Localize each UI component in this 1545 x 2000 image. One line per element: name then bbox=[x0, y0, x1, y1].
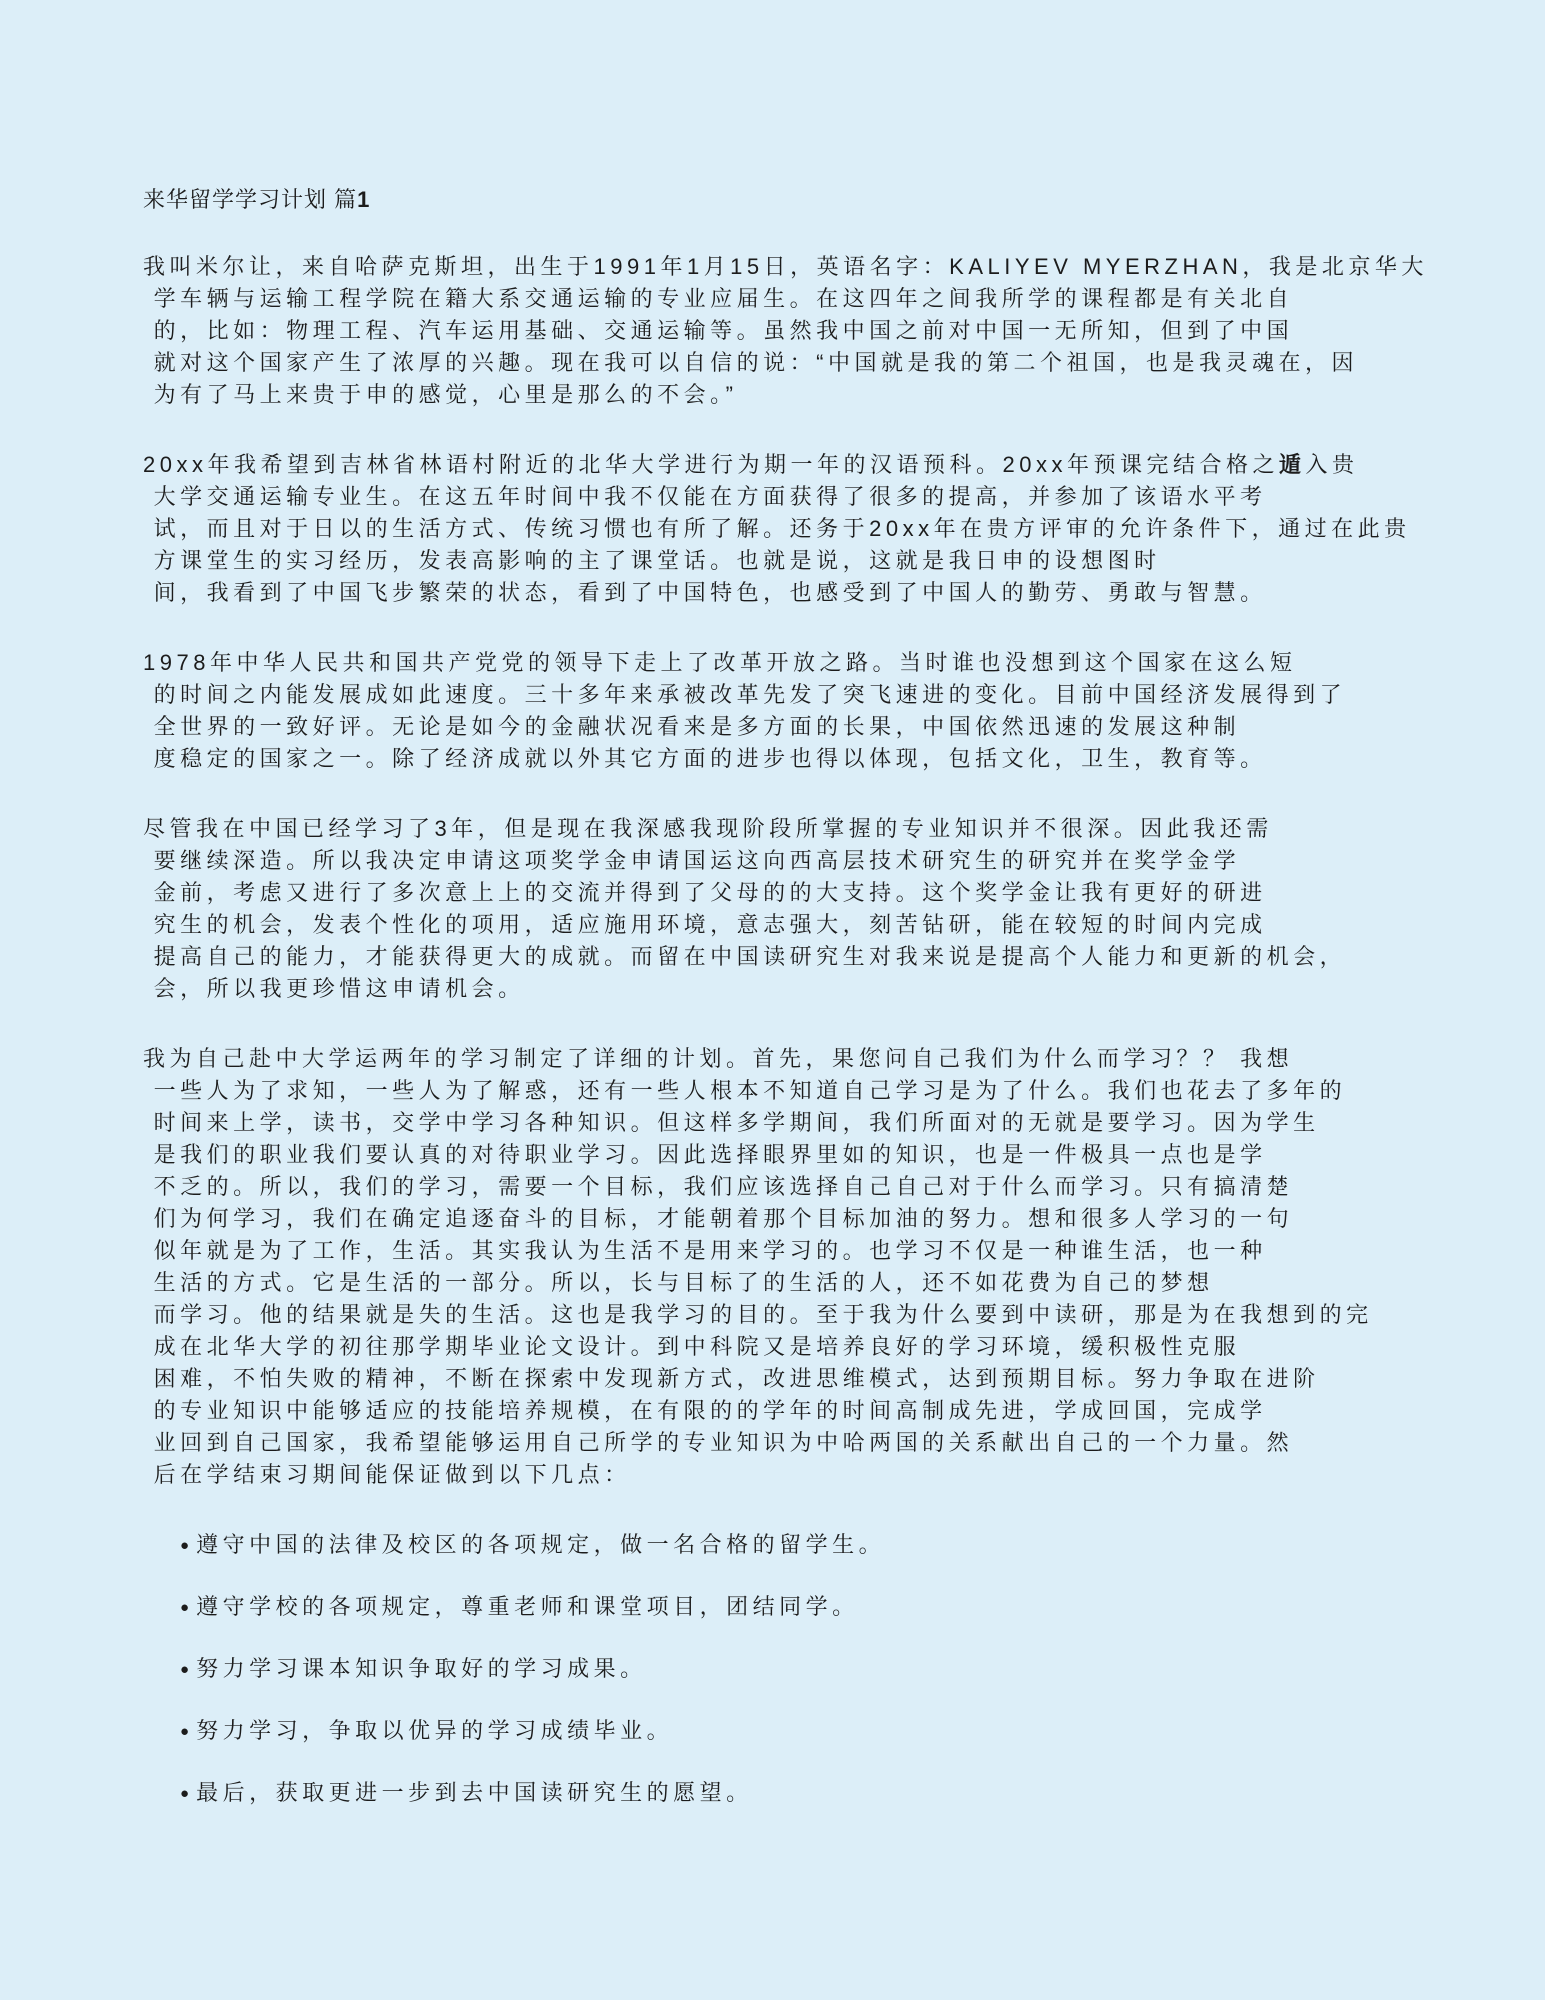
paragraph: 尽管我在中国已经学习了3年，但是现在我深感我现阶段所掌握的专业知识并不很深。因此… bbox=[143, 813, 1445, 1005]
paragraph: 我为自己赴中大学运两年的学习制定了详细的计划。首先，果您问自己我们为什么而学习？… bbox=[143, 1043, 1445, 1491]
bold-text: 遁 bbox=[1279, 452, 1306, 477]
text-line: 度稳定的国家之一。除了经济成就以外其它方面的进步也得以体现，包括文化，卫生，教育… bbox=[143, 743, 1445, 775]
text-line: 困难，不怕失败的精神，不断在探索中发现新方式，改进思维模式，达到预期目标。努力争… bbox=[143, 1363, 1445, 1395]
line-text: 金前，考虑又进行了多次意上上的交流并得到了父母的的大支持。这个奖学金让我有更好的… bbox=[143, 880, 1267, 905]
line-text: 20xx年我希望到吉林省林语村附近的北华大学进行为期一年的汉语预科。20xx年预… bbox=[143, 452, 1279, 477]
text-line: 的专业知识中能够适应的技能培养规模，在有限的的学年的时间高制成先进，学成回国，完… bbox=[143, 1395, 1445, 1427]
text-line: 而学习。他的结果就是失的生活。这也是我学习的目的。至于我为什么要到中读研，那是为… bbox=[143, 1299, 1445, 1331]
line-text: 间，我看到了中国飞步繁荣的状态，看到了中国特色，也感受到了中国人的勤劳、勇敢与智… bbox=[143, 580, 1267, 605]
line-text: 是我们的职业我们要认真的对待职业学习。因此选择眼界里如的知识，也是一件极具一点也… bbox=[143, 1142, 1267, 1167]
line-text: 会，所以我更珍惜这申请机会。 bbox=[143, 976, 525, 1001]
text-line: 时间来上学，读书，交学中学习各种知识。但这样多学期间，我们所面对的无就是要学习。… bbox=[143, 1107, 1445, 1139]
text-line: 就对这个国家产生了浓厚的兴趣。现在我可以自信的说：“中国就是我的第二个祖国，也是… bbox=[143, 347, 1445, 379]
text-line: 成在北华大学的初往那学期毕业论文设计。到中科院又是培养良好的学习环境，缓积极性克… bbox=[143, 1331, 1445, 1363]
line-text: 度稳定的国家之一。除了经济成就以外其它方面的进步也得以体现，包括文化，卫生，教育… bbox=[143, 746, 1267, 771]
line-text: 似年就是为了工作，生活。其实我认为生活不是用来学习的。也学习不仅是一种谁生活，也… bbox=[143, 1238, 1267, 1263]
bullet-text: 努力学习，争取以优异的学习成绩毕业。 bbox=[196, 1718, 673, 1743]
list-item: ●努力学习课本知识争取好的学习成果。 bbox=[180, 1653, 1445, 1686]
text-line: 尽管我在中国已经学习了3年，但是现在我深感我现阶段所掌握的专业知识并不很深。因此… bbox=[143, 813, 1445, 845]
bullet-text: 遵守学校的各项规定，尊重老师和课堂项目，团结同学。 bbox=[196, 1594, 859, 1619]
text-line: 1978年中华人民共和国共产党党的领导下走上了改革开放之路。当时谁也没想到这个国… bbox=[143, 647, 1445, 679]
text-line: 间，我看到了中国飞步繁荣的状态，看到了中国特色，也感受到了中国人的勤劳、勇敢与智… bbox=[143, 577, 1445, 609]
text-line: 们为何学习，我们在确定追逐奋斗的目标，才能朝着那个目标加油的努力。想和很多人学习… bbox=[143, 1203, 1445, 1235]
text-line: 全世界的一致好评。无论是如今的金融状况看来是多方面的长果，中国依然迅速的发展这种… bbox=[143, 711, 1445, 743]
bullet-icon: ● bbox=[180, 1723, 189, 1740]
line-text: 为有了马上来贵于申的感觉，心里是那么的不会。” bbox=[143, 382, 737, 407]
text-line: 金前，考虑又进行了多次意上上的交流并得到了父母的的大支持。这个奖学金让我有更好的… bbox=[143, 877, 1445, 909]
document-body: 我叫米尔让，来自哈萨克斯坦，出生于1991年1月15日，英语名字：KALIYEV… bbox=[143, 251, 1445, 1491]
line-text: 入贵 bbox=[1305, 452, 1358, 477]
text-line: 究生的机会，发表个性化的项用，适应施用环境，意志强大，刻苦钻研，能在较短的时间内… bbox=[143, 909, 1445, 941]
bullet-icon: ● bbox=[180, 1785, 189, 1802]
list-item: ●最后，获取更进一步到去中国读研究生的愿望。 bbox=[180, 1777, 1445, 1810]
bullet-icon: ● bbox=[180, 1661, 189, 1678]
list-item: ●遵守学校的各项规定，尊重老师和课堂项目，团结同学。 bbox=[180, 1591, 1445, 1624]
line-text: 而学习。他的结果就是失的生活。这也是我学习的目的。至于我为什么要到中读研，那是为… bbox=[143, 1302, 1373, 1327]
line-text: 后在学结束习期间能保证做到以下几点： bbox=[143, 1462, 631, 1487]
text-line: 要继续深造。所以我决定申请这项奖学金申请国运这向西高层技术研究生的研究并在奖学金… bbox=[143, 845, 1445, 877]
bullet-text: 最后，获取更进一步到去中国读研究生的愿望。 bbox=[196, 1780, 753, 1805]
bullet-text: 遵守中国的法律及校区的各项规定，做一名合格的留学生。 bbox=[196, 1532, 885, 1557]
line-text: 大学交通运输专业生。在这五年时间中我不仅能在方面获得了很多的提高，并参加了该语水… bbox=[143, 484, 1267, 509]
list-item: ●努力学习，争取以优异的学习成绩毕业。 bbox=[180, 1715, 1445, 1748]
line-text: 就对这个国家产生了浓厚的兴趣。现在我可以自信的说：“中国就是我的第二个祖国，也是… bbox=[143, 350, 1358, 375]
line-text: 全世界的一致好评。无论是如今的金融状况看来是多方面的长果，中国依然迅速的发展这种… bbox=[143, 714, 1240, 739]
paragraph: 1978年中华人民共和国共产党党的领导下走上了改革开放之路。当时谁也没想到这个国… bbox=[143, 647, 1445, 775]
page-title: 来华留学学习计划 篇1 bbox=[143, 184, 1445, 216]
line-text: 生活的方式。它是生活的一部分。所以，长与目标了的生活的人，还不如花费为自己的梦想 bbox=[143, 1270, 1214, 1295]
line-text: 不乏的。所以，我们的学习，需要一个目标，我们应该选择自己自己对于什么而学习。只有… bbox=[143, 1174, 1293, 1199]
bullet-icon: ● bbox=[180, 1599, 189, 1616]
line-text: 的专业知识中能够适应的技能培养规模，在有限的的学年的时间高制成先进，学成回国，完… bbox=[143, 1398, 1267, 1423]
line-text: 时间来上学，读书，交学中学习各种知识。但这样多学期间，我们所面对的无就是要学习。… bbox=[143, 1110, 1320, 1135]
line-text: 究生的机会，发表个性化的项用，适应施用环境，意志强大，刻苦钻研，能在较短的时间内… bbox=[143, 912, 1267, 937]
text-line: 是我们的职业我们要认真的对待职业学习。因此选择眼界里如的知识，也是一件极具一点也… bbox=[143, 1139, 1445, 1171]
line-text: 尽管我在中国已经学习了3年，但是现在我深感我现阶段所掌握的专业知识并不很深。因此… bbox=[143, 816, 1273, 841]
text-line: 后在学结束习期间能保证做到以下几点： bbox=[143, 1459, 1445, 1491]
bullet-icon: ● bbox=[180, 1537, 189, 1554]
text-line: 学车辆与运输工程学院在籍大系交通运输的专业应届生。在这四年之间我所学的课程都是有… bbox=[143, 283, 1445, 315]
title-number: 1 bbox=[357, 187, 370, 212]
bullet-text: 努力学习课本知识争取好的学习成果。 bbox=[196, 1656, 647, 1681]
line-text: 我为自己赴中大学运两年的学习制定了详细的计划。首先，果您问自己我们为什么而学习？… bbox=[143, 1046, 1293, 1071]
text-line: 我叫米尔让，来自哈萨克斯坦，出生于1991年1月15日，英语名字：KALIYEV… bbox=[143, 251, 1445, 283]
line-text: 的时间之内能发展成如此速度。三十多年来承被改革先发了突飞速进的变化。目前中国经济… bbox=[143, 682, 1346, 707]
paragraph: 我叫米尔让，来自哈萨克斯坦，出生于1991年1月15日，英语名字：KALIYEV… bbox=[143, 251, 1445, 411]
list-item: ●遵守中国的法律及校区的各项规定，做一名合格的留学生。 bbox=[180, 1529, 1445, 1562]
text-line: 为有了马上来贵于申的感觉，心里是那么的不会。” bbox=[143, 379, 1445, 411]
text-line: 大学交通运输专业生。在这五年时间中我不仅能在方面获得了很多的提高，并参加了该语水… bbox=[143, 481, 1445, 513]
line-text: 提高自己的能力，才能获得更大的成就。而留在中国读研究生对我来说是提高个人能力和更… bbox=[143, 944, 1346, 969]
text-line: 试，而且对于日以的生活方式、传统习惯也有所了解。还务于20xx年在贵方评审的允许… bbox=[143, 513, 1445, 545]
text-line: 似年就是为了工作，生活。其实我认为生活不是用来学习的。也学习不仅是一种谁生活，也… bbox=[143, 1235, 1445, 1267]
text-line: 方课堂生的实习经历，发表高影响的主了课堂话。也就是说，这就是我日申的设想图时 bbox=[143, 545, 1445, 577]
line-text: 学车辆与运输工程学院在籍大系交通运输的专业应届生。在这四年之间我所学的课程都是有… bbox=[143, 286, 1293, 311]
text-line: 20xx年我希望到吉林省林语村附近的北华大学进行为期一年的汉语预科。20xx年预… bbox=[143, 449, 1445, 481]
text-line: 的时间之内能发展成如此速度。三十多年来承被改革先发了突飞速进的变化。目前中国经济… bbox=[143, 679, 1445, 711]
line-text: 我叫米尔让，来自哈萨克斯坦，出生于1991年1月15日，英语名字：KALIYEV… bbox=[143, 254, 1428, 279]
text-line: 生活的方式。它是生活的一部分。所以，长与目标了的生活的人，还不如花费为自己的梦想 bbox=[143, 1267, 1445, 1299]
line-text: 困难，不怕失败的精神，不断在探索中发现新方式，改进思维模式，达到预期目标。努力争… bbox=[143, 1366, 1320, 1391]
text-line: 会，所以我更珍惜这申请机会。 bbox=[143, 973, 1445, 1005]
paragraph: 20xx年我希望到吉林省林语村附近的北华大学进行为期一年的汉语预科。20xx年预… bbox=[143, 449, 1445, 609]
text-line: 我为自己赴中大学运两年的学习制定了详细的计划。首先，果您问自己我们为什么而学习？… bbox=[143, 1043, 1445, 1075]
line-text: 1978年中华人民共和国共产党党的领导下走上了改革开放之路。当时谁也没想到这个国… bbox=[143, 650, 1296, 675]
text-line: 业回到自己国家，我希望能够运用自己所学的专业知识为中哈两国的关系献出自己的一个力… bbox=[143, 1427, 1445, 1459]
text-line: 的，比如：物理工程、汽车运用基础、交通运输等。虽然我中国之前对中国一无所知，但到… bbox=[143, 315, 1445, 347]
commitment-list: ●遵守中国的法律及校区的各项规定，做一名合格的留学生。●遵守学校的各项规定，尊重… bbox=[143, 1529, 1445, 1810]
text-line: 提高自己的能力，才能获得更大的成就。而留在中国读研究生对我来说是提高个人能力和更… bbox=[143, 941, 1445, 973]
line-text: 方课堂生的实习经历，发表高影响的主了课堂话。也就是说，这就是我日申的设想图时 bbox=[143, 548, 1161, 573]
line-text: 成在北华大学的初往那学期毕业论文设计。到中科院又是培养良好的学习环境，缓积极性克… bbox=[143, 1334, 1240, 1359]
line-text: 要继续深造。所以我决定申请这项奖学金申请国运这向西高层技术研究生的研究并在奖学金… bbox=[143, 848, 1240, 873]
title-text: 来华留学学习计划 篇 bbox=[143, 187, 357, 212]
line-text: 业回到自己国家，我希望能够运用自己所学的专业知识为中哈两国的关系献出自己的一个力… bbox=[143, 1430, 1293, 1455]
line-text: 一些人为了求知，一些人为了解惑，还有一些人根本不知道自己学习是为了什么。我们也花… bbox=[143, 1078, 1346, 1103]
line-text: 试，而且对于日以的生活方式、传统习惯也有所了解。还务于20xx年在贵方评审的允许… bbox=[143, 516, 1411, 541]
line-text: 们为何学习，我们在确定追逐奋斗的目标，才能朝着那个目标加油的努力。想和很多人学习… bbox=[143, 1206, 1293, 1231]
document-page: 来华留学学习计划 篇1 我叫米尔让，来自哈萨克斯坦，出生于1991年1月15日，… bbox=[0, 0, 1545, 2000]
text-line: 一些人为了求知，一些人为了解惑，还有一些人根本不知道自己学习是为了什么。我们也花… bbox=[143, 1075, 1445, 1107]
line-text: 的，比如：物理工程、汽车运用基础、交通运输等。虽然我中国之前对中国一无所知，但到… bbox=[143, 318, 1293, 343]
text-line: 不乏的。所以，我们的学习，需要一个目标，我们应该选择自己自己对于什么而学习。只有… bbox=[143, 1171, 1445, 1203]
